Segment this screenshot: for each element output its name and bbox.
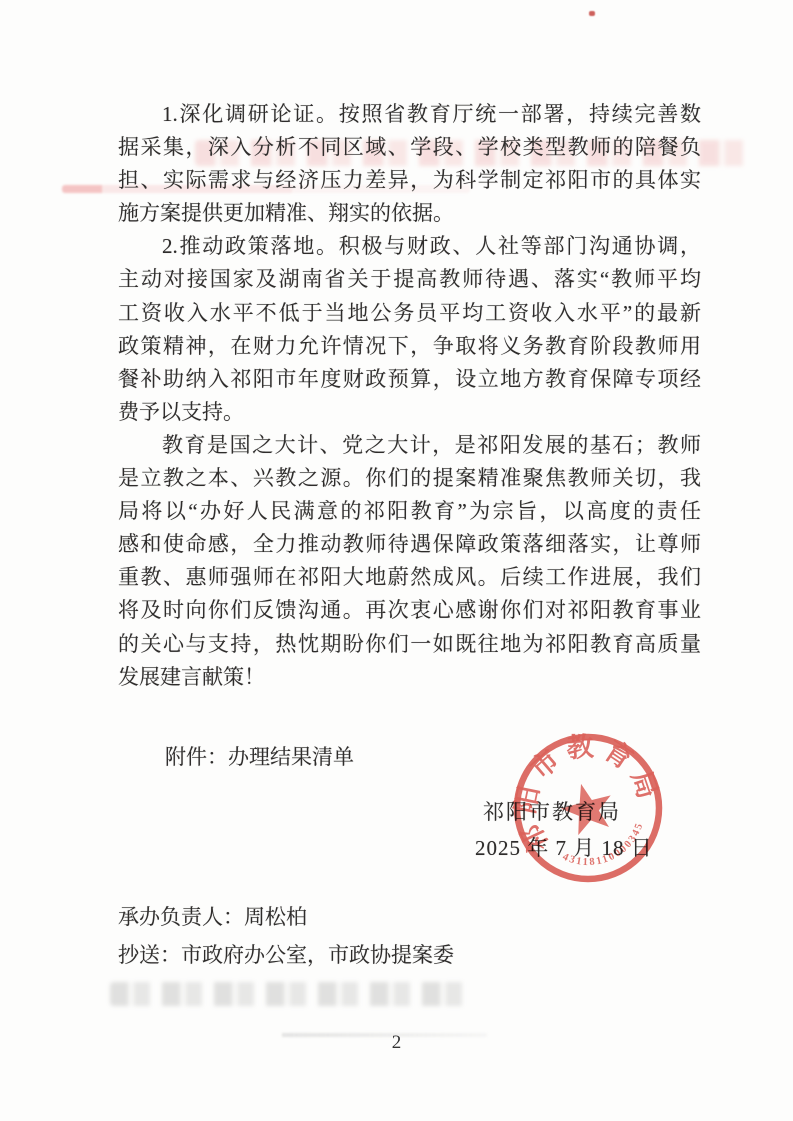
- body-line: 发展建言献策！: [118, 661, 701, 694]
- body-line: 重教、惠师强师在祁阳大地蔚然成风。后续工作进展，我们: [118, 561, 701, 594]
- body-line: 据采集，深入分析不同区域、学段、学校类型教师的陪餐负: [118, 131, 701, 164]
- body-line: 工资收入水平不低于当地公务员平均工资收入水平”的最新: [118, 297, 701, 330]
- body-line: 餐补助纳入祁阳市年度财政预算，设立地方教育保障专项经: [118, 363, 701, 396]
- body-line: 施方案提供更加精准、翔实的依据。: [118, 197, 701, 230]
- svg-text:祁阳市教育局: 祁阳市教育局: [510, 731, 666, 857]
- gray-bleedthrough-band: [110, 982, 470, 1006]
- body-line: 教育是国之大计、党之大计，是祁阳发展的基石；教师: [118, 429, 701, 462]
- body-line: 的关心与支持，热忱期盼你们一如既往地为祁阳教育高质量: [118, 628, 701, 661]
- official-seal: 祁阳市教育局 43118110000345: [498, 718, 678, 898]
- seal-star-icon: [556, 777, 618, 837]
- body-line: 主动对接国家及湖南省关于提高教师待遇、落实“教师平均: [118, 263, 701, 296]
- body-line: 局将以“办好人民满意的祁阳教育”为宗旨，以高度的责任: [118, 495, 701, 528]
- body-line: 担、实际需求与经济压力差异，为科学制定祁阳市的具体实: [118, 164, 701, 197]
- seal-arc-text: 祁阳市教育局: [510, 731, 666, 857]
- document-page: 1.深化调研论证。按照省教育厅统一部署，持续完善数 据采集，深入分析不同区域、学…: [0, 0, 793, 1121]
- body-line: 2.推动政策落地。积极与财政、人社等部门沟通协调，: [118, 230, 701, 263]
- body-line: 是立教之本、兴教之源。你们的提案精准聚焦教师关切，我: [118, 462, 701, 495]
- body-line: 1.深化调研论证。按照省教育厅统一部署，持续完善数: [118, 98, 701, 131]
- handler-line: 承办负责人：周松柏: [118, 901, 307, 934]
- body-line: 费予以支持。: [118, 396, 701, 429]
- body-line: 将及时向你们反馈沟通。再次衷心感谢你们对祁阳教育事业: [118, 594, 701, 627]
- body-line: 政策精神，在财力允许情况下，争取将义务教育阶段教师用: [118, 330, 701, 363]
- red-ink-dot-artifact: [589, 11, 595, 16]
- page-number: 2: [0, 1032, 793, 1054]
- body-line: 感和使命感，全力推动教师待遇保障政策落细落实，让尊师: [118, 528, 701, 561]
- letter-body: 1.深化调研论证。按照省教育厅统一部署，持续完善数 据采集，深入分析不同区域、学…: [118, 98, 701, 694]
- cc-line: 抄送：市政府办公室，市政协提案委: [118, 939, 454, 972]
